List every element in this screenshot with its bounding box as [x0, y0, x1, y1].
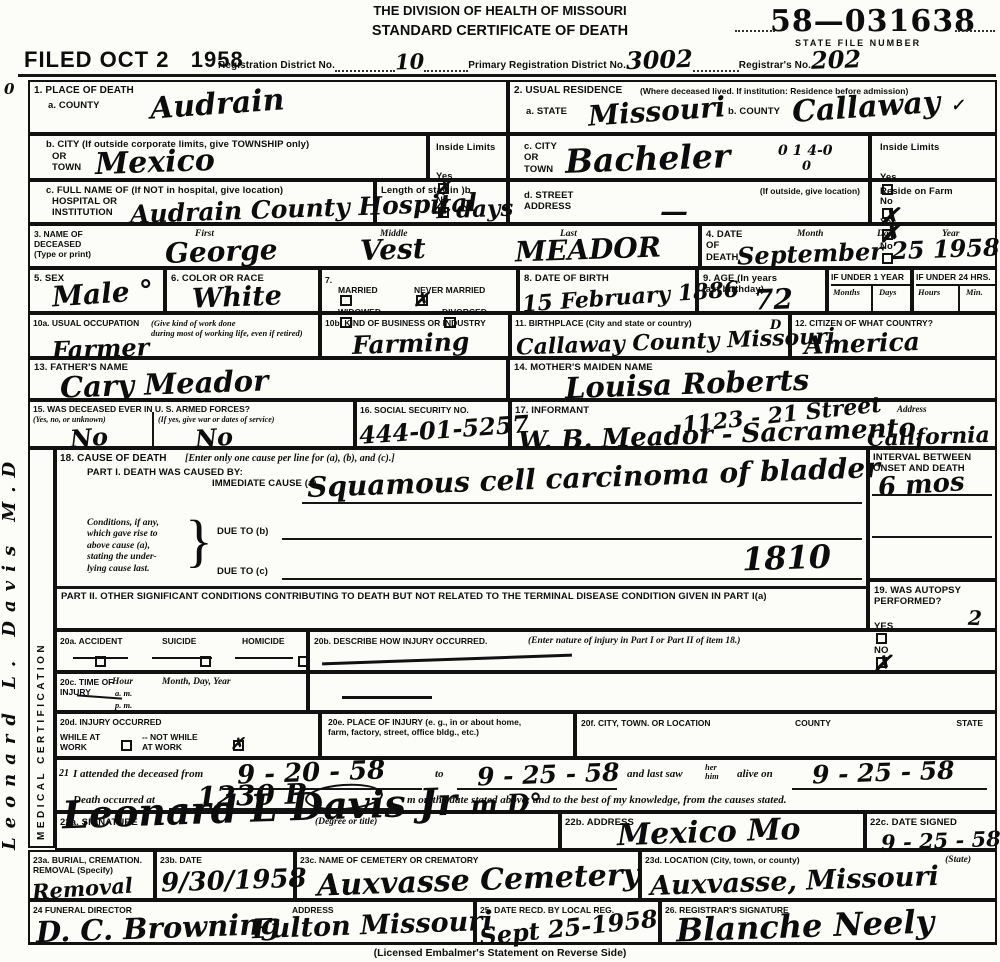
field-date-received: 25. DATE RECD. BY LOCAL REG. Sept 25-195…	[475, 900, 660, 945]
middle-name-value: Vest	[360, 235, 427, 265]
city-or-town-label: OR TOWN	[52, 151, 81, 174]
cemetery-location-value: Auxvasse, Missouri	[650, 863, 940, 900]
interval-value: 6 mos	[877, 469, 965, 501]
field-cause-of-death: 18. CAUSE OF DEATH [Enter only one cause…	[55, 448, 868, 630]
certificate-title: STANDARD CERTIFICATE OF DEATH	[300, 23, 700, 39]
sex-value: Male °	[51, 276, 154, 311]
field-mothers-maiden-name: 14. MOTHER'S MAIDEN NAME Louisa Roberts	[508, 358, 997, 400]
burial-type-value: Removal	[31, 875, 133, 903]
her-him-label: her him	[705, 763, 719, 782]
conditions-brace: }	[185, 512, 213, 570]
part2-label: PART II. OTHER SIGNIFICANT CONDITIONS CO…	[61, 591, 861, 602]
conditions-note: Conditions, if any, which gave rise to a…	[87, 518, 159, 575]
field-social-security: 16. SOCIAL SECURITY NO. 444-01-5257	[355, 400, 510, 448]
field-residence-city: c. CITY OR TOWN Bacheler 0 1 4-0 0	[508, 134, 870, 180]
field-marital-status: 7. MARRIED NEVER MARRIED ✗ WIDOWED DIVOR…	[320, 268, 518, 313]
signature-degree-suffix: m D°	[470, 789, 543, 821]
citizen-value: America	[804, 329, 921, 358]
field-inside-limits-1: Inside Limits Yes ✗ No	[428, 134, 508, 180]
field-time-of-injury-blank	[308, 672, 997, 712]
field-accident-suicide-homicide: 20a. ACCIDENT SUICIDE HOMICIDE	[55, 630, 308, 672]
burial-date-label: 23b. DATE	[160, 855, 202, 865]
birthplace-mark: D	[770, 319, 781, 332]
field-street-address: d. STREET ADDRESS (If outside, give loca…	[508, 180, 870, 224]
part1-label: PART I. DEATH WAS CAUSED BY:	[87, 467, 243, 478]
field-if-under-24-hrs: IF UNDER 24 HRS. Hours Min.	[912, 268, 997, 313]
field-injury-occurred: 20d. INJURY OCCURRED WHILE AT WORK -- NO…	[55, 712, 320, 758]
primary-district-label: Primary Registration District No.	[468, 60, 626, 72]
hour-label: Hour	[112, 677, 133, 688]
birthplace-value: Callaway County Missouri	[516, 325, 836, 358]
min-label: Min.	[966, 287, 983, 297]
hospital-label-2: HOSPITAL OR INSTITUTION	[52, 196, 117, 219]
field-describe-injury: 20b. DESCRIBE HOW INJURY OCCURRED. (Ente…	[308, 630, 997, 672]
first-name-value: George	[165, 236, 278, 268]
state-file-number: 58—031638	[770, 4, 976, 39]
check-mark: ✓	[950, 95, 965, 115]
hours-label: Hours	[918, 287, 940, 297]
field-date-of-death: 4. DATE OF DEATH Month Day Year Septembe…	[700, 224, 997, 268]
attended-text-1: I attended the deceased from	[73, 768, 203, 781]
field-usual-residence: 2. USUAL RESIDENCE (Where deceased lived…	[508, 80, 997, 134]
field-burial-date: 23b. DATE 9/30/1958	[155, 850, 295, 900]
cause-title-note: [Enter only one cause per line for (a), …	[185, 453, 395, 465]
field-armed-forces: 15. WAS DECEASED EVER IN U. S. ARMED FOR…	[28, 400, 355, 448]
field-fathers-name: 13. FATHER'S NAME Cary Meador	[28, 358, 508, 400]
last-seen-value: 9 - 25 - 58	[812, 758, 955, 788]
months-label: Months	[833, 287, 860, 297]
mothers-name-value: Louisa Roberts	[565, 366, 810, 404]
last-name-value: MEADOR	[515, 233, 662, 266]
field-business-industry: 10b. KIND OF BUSINESS OR INDUSTRY Farmin…	[320, 313, 510, 358]
age-value: 72	[754, 285, 794, 314]
field-cemetery-location: 23d. LOCATION (City, town, or county) (S…	[640, 850, 997, 900]
name-of-deceased-label: 3. NAME OF DECEASED (Type or print)	[34, 229, 91, 260]
days-label: Days	[879, 287, 896, 297]
cause-title: 18. CAUSE OF DEATH	[60, 453, 167, 465]
injury-state-label: STATE	[956, 718, 983, 728]
funeral-address-value: Fulton Missouri	[252, 908, 494, 943]
reside-on-farm-label: Reside on Farm	[880, 186, 953, 197]
inside-limits-label: Inside Limits	[436, 142, 495, 153]
field-city-of-death: b. CITY (If outside corporate limits, gi…	[28, 134, 428, 180]
residence-city-code: 0 1 4-0	[778, 144, 833, 158]
never-married-checkbox: ✗	[416, 295, 428, 306]
reg-district-value: 10	[395, 50, 425, 72]
place-of-injury-label: 20e. PLACE OF INJURY (e. g., in or about…	[328, 717, 568, 737]
margin-scribble: 0	[4, 82, 14, 97]
field-citizen-of: 12. CITIZEN OF WHAT COUNTRY? America	[790, 313, 997, 358]
race-value: White	[192, 282, 283, 312]
division-title: THE DIVISION OF HEALTH OF MISSOURI	[300, 3, 700, 18]
while-at-work-label: WHILE AT WORK	[60, 732, 100, 752]
attended-text-3: alive on	[737, 768, 773, 781]
residence-city-code-2: 0	[802, 160, 811, 173]
residence-city-label: c. CITY OR TOWN	[524, 141, 557, 175]
not-while-at-work-label: -- NOT WHILE AT WORK	[142, 732, 198, 752]
filed-date-stamp: FILED OCT 2 1958	[24, 47, 244, 73]
inside-limits-2-label: Inside Limits	[880, 142, 939, 153]
field-place-of-injury: 20e. PLACE OF INJURY (e. g., in or about…	[320, 712, 575, 758]
registrar-no-value: 202	[811, 47, 862, 73]
residence-county-label: b. COUNTY	[728, 106, 780, 117]
strike-mark	[235, 657, 293, 659]
item-21-num: 21	[59, 768, 69, 780]
describe-injury-label: 20b. DESCRIBE HOW INJURY OCCURRED.	[314, 636, 487, 646]
field-autopsy: 19. WAS AUTOPSY PERFORMED? YES NO ✗ 2	[868, 580, 997, 630]
due-to-b-label: DUE TO (b)	[217, 526, 269, 537]
street-address-hint: (If outside, give location)	[760, 186, 860, 196]
due-to-c-label: DUE TO (c)	[217, 566, 268, 577]
armed-forces-note-2: (If yes, give war or dates of service)	[158, 415, 348, 425]
married-label: MARRIED	[338, 285, 378, 295]
street-address-label: d. STREET ADDRESS	[524, 190, 573, 213]
registration-line: Registration District No. 10 Primary Reg…	[218, 48, 996, 72]
autopsy-mark: 2	[968, 608, 983, 628]
describe-injury-note: (Enter nature of injury in Part I or Par…	[528, 636, 740, 647]
city-value: Mexico	[95, 146, 216, 180]
reg-district-label: Registration District No.	[218, 60, 335, 72]
field-color-or-race: 6. COLOR OR RACE White	[165, 268, 320, 313]
medical-certification-strip: MEDICAL CERTIFICATION	[28, 448, 55, 848]
autopsy-label: 19. WAS AUTOPSY PERFORMED?	[874, 585, 961, 608]
armed-forces-label: 15. WAS DECEASED EVER IN U. S. ARMED FOR…	[33, 404, 250, 414]
field-registrar-signature: 26. REGISTRAR'S SIGNATURE Blanche Neely	[660, 900, 997, 945]
date-of-death-value: September 25 1958	[737, 235, 1000, 268]
x-mark: ✗	[413, 289, 429, 311]
injury-county-label: COUNTY	[795, 718, 831, 728]
pm-label: p. m.	[115, 700, 132, 710]
field-usual-occupation: 10a. USUAL OCCUPATION (Give kind of work…	[28, 313, 320, 358]
street-address-value: —	[660, 198, 688, 226]
homicide-label: HOMICIDE	[242, 636, 285, 646]
field-sex: 5. SEX Male °	[28, 268, 165, 313]
field-informant: 17. INFORMANT Address 1123 - 21 Street W…	[510, 400, 997, 448]
burial-date-value: 9/30/1958	[161, 865, 307, 896]
accident-label: 20a. ACCIDENT	[60, 636, 123, 646]
field-inside-limits-2: Inside Limits Yes No ✗	[870, 134, 997, 180]
primary-district-value: 3002	[626, 47, 694, 73]
field-cemetery-name: 23c. NAME OF CEMETERY OR CREMATORY Auxva…	[295, 850, 640, 900]
field-birthplace: 11. BIRTHPLACE (City and state or countr…	[510, 313, 790, 358]
cemetery-value: Auxvasse Cemetery	[317, 860, 641, 901]
residence-state-value: Missouri	[587, 93, 726, 131]
handwritten-dash	[342, 696, 432, 699]
marital-num: 7.	[325, 275, 332, 285]
informant-state-value: California	[867, 424, 991, 450]
field-if-under-1-year: IF UNDER 1 YEAR Months Days	[827, 268, 912, 313]
attended-text-2: and last saw	[627, 768, 683, 781]
place-of-death-title: 1. PLACE OF DEATH	[34, 85, 134, 97]
registrar-signature-value: Blanche Neely	[676, 906, 935, 947]
under-24-hrs-label: IF UNDER 24 HRS.	[916, 272, 996, 286]
field-name-of-deceased: 3. NAME OF DECEASED (Type or print) Firs…	[28, 224, 700, 268]
cause-code-value: 1810	[741, 540, 831, 575]
field-time-of-injury: 20c. TIME OF INJURY Hour a. m. p. m. Mon…	[55, 672, 308, 712]
date-of-birth-label: 8. DATE OF BIRTH	[524, 273, 609, 284]
suicide-label: SUICIDE	[162, 636, 196, 646]
field-burial-type: 23a. BURIAL, CREMATION. REMOVAL (Specify…	[28, 850, 155, 900]
residence-state-label: a. STATE	[526, 106, 567, 117]
cemetery-state-label: (State)	[945, 855, 971, 866]
injury-occurred-label: 20d. INJURY OCCURRED	[60, 717, 162, 727]
field-age: 9. AGE (In years last birthday) 72	[697, 268, 827, 313]
medical-certification-label: MEDICAL CERTIFICATION	[36, 460, 48, 840]
residence-county-value: Callaway ✓	[791, 86, 965, 128]
field-reside-on-farm: Reside on Farm Yes ✗ No	[870, 180, 997, 224]
residence-city-value: Bacheler	[564, 139, 730, 178]
funeral-director-value: D. C. Browning	[36, 910, 282, 948]
immediate-cause-label: IMMEDIATE CAUSE (a)	[212, 478, 317, 489]
while-at-work-checkbox	[121, 740, 132, 751]
strike-mark	[73, 657, 128, 659]
field-physician-address: 22b. ADDRESS Mexico Mo	[560, 812, 865, 850]
month-day-year-label: Month, Day, Year	[162, 677, 231, 688]
field-date-signed: 22c. DATE SIGNED 9 - 25 - 58	[865, 812, 997, 850]
ssn-value: 444-01-5257	[358, 412, 529, 448]
physician-address-value: Mexico Mo	[617, 815, 801, 851]
fathers-name-value: Cary Meador	[60, 366, 269, 402]
field-interval-onset-death: INTERVAL BETWEEN ONSET AND DEATH 6 mos	[868, 448, 997, 580]
registrar-no-label: Registrar's No.	[739, 60, 811, 72]
usual-residence-title: 2. USUAL RESIDENCE	[514, 85, 622, 97]
strike-mark	[152, 657, 212, 659]
field-funeral-director: 24 FUNERAL DIRECTOR ADDRESS D. C. Browni…	[28, 900, 475, 945]
field-place-of-death: 1. PLACE OF DEATH a. COUNTY Audrain	[28, 80, 508, 134]
informant-label: 17. INFORMANT	[515, 405, 589, 416]
injury-city-label: 20f. CITY, TOWN. OR LOCATION	[581, 718, 711, 728]
industry-value: Farming	[352, 329, 470, 358]
field-hospital-name: c. FULL NAME OF (If NOT in hospital, giv…	[28, 180, 375, 224]
x-mark: ✗	[230, 734, 243, 753]
field-date-of-birth: 8. DATE OF BIRTH 15 February 1886	[518, 268, 697, 313]
county-value: Audrain	[149, 85, 285, 124]
death-certificate-scan: THE DIVISION OF HEALTH OF MISSOURI STAND…	[0, 0, 1000, 962]
cemetery-location-label: 23d. LOCATION (City, town, or county)	[645, 855, 800, 865]
embalmer-footer-note: (Licensed Embalmer's Statement on Revers…	[250, 947, 750, 959]
handwritten-dash	[322, 654, 572, 666]
field-injury-location: 20f. CITY, TOWN. OR LOCATION COUNTY STAT…	[575, 712, 997, 758]
date-signed-label: 22c. DATE SIGNED	[870, 817, 957, 828]
physician-margin-signature: Leonard L. Davis M.D	[1, 290, 19, 850]
not-while-at-work-checkbox: ✗	[233, 740, 244, 751]
county-label: a. COUNTY	[48, 100, 100, 111]
